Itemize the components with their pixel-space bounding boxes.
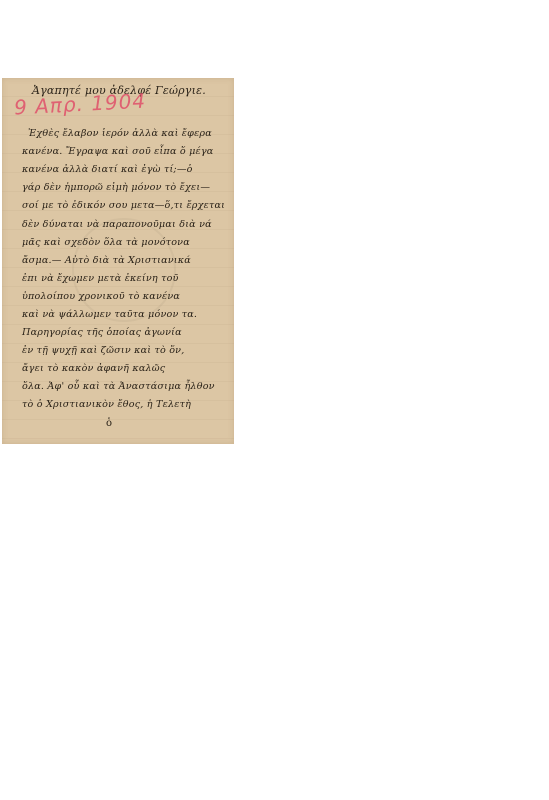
text-line: Παρηγορίας τῆς ὁποίας ἀγωνία [22, 327, 254, 338]
text-line: ἐν τῇ ψυχῇ καὶ ζῶσιν καὶ τὸ ὅν, [22, 345, 254, 356]
letter-page: Ἀγαπητέ μου ἀδελφέ Γεώργιε. 9 Απρ. 1904 … [2, 78, 234, 444]
text-line: ὑπολοίπου χρονικοῦ τὸ κανένα [22, 291, 254, 302]
text-line: σοί με τὸ ἐδικόν σου μετα—ὅ,τι ἔρχεται [22, 200, 254, 211]
text-line: ἐπι νὰ ἔχωμεν μετὰ ἐκείνη τοῦ [22, 273, 254, 284]
text-line: τὸ ὁ Χριστιανικὸν ἔθος, ἡ Τελετὴ [22, 399, 254, 410]
text-line: καὶ νὰ ψάλλωμεν ταῦτα μόνον τα. [22, 309, 254, 320]
signature: ὁ [106, 418, 112, 429]
text-line: κανένα ἀλλὰ διατί καὶ ἐγὼ τί;—ὁ [22, 164, 254, 175]
text-line: γάρ δὲν ἠμπορῶ εἰμὴ μόνον τὸ ἔχει— [22, 182, 254, 193]
text-line: κανένα. Ἔγραψα καὶ σοῦ εἶπα ὅ μέγα [22, 146, 254, 157]
text-line: μᾶς καὶ σχεδὸν ὅλα τὰ μονότονα [22, 237, 254, 248]
text-line: ἄσμα.— Αὐτὸ διὰ τὰ Χριστιανικά [22, 255, 254, 266]
text-line: Ἐχθὲς ἔλαβον ἱερόν ἀλλὰ καὶ ἔφερα [28, 128, 260, 139]
text-line: ἄγει τὸ κακὸν ἀφανῆ καλῶς [22, 363, 254, 374]
text-line: ὅλα. Ἀφ' οὗ καὶ τὰ Ἀναστάσιμα ἦλθον [22, 381, 254, 392]
watermark-seal [72, 218, 176, 322]
text-line: δὲν δύναται νὰ παραπονοῦμαι διὰ νά [22, 219, 254, 230]
